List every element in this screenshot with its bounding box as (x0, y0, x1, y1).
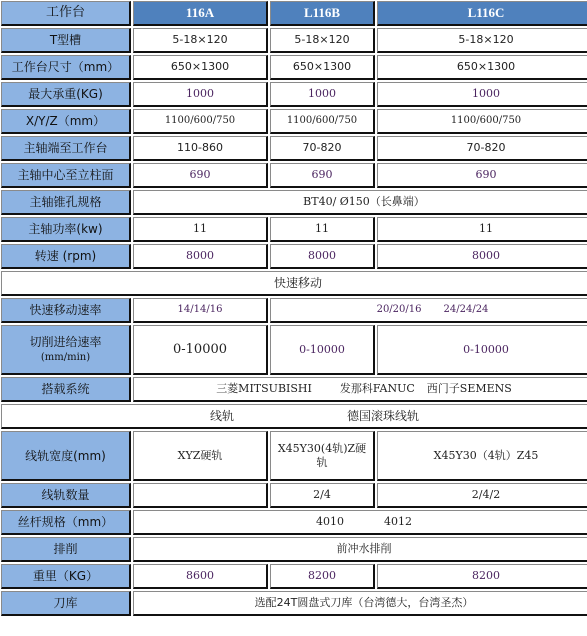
header-row: 工作台 116A L116B L116C (1, 1, 587, 26)
cell-value: 5-18×120 (133, 28, 268, 53)
table-row: 最大承重(KG) 1000 1000 1000 (1, 82, 587, 107)
cell-value-ballscrew: 40104012 (133, 510, 587, 535)
cell-value: 110-860 (133, 136, 268, 161)
row-label-ballscrew: 丝杆规格（mm） (1, 510, 131, 535)
cell-value: 前冲水排削 (133, 537, 587, 562)
section-title-rail: 线轨德国滚珠线轨 (1, 404, 587, 429)
row-label-xyz: X/Y/Z（mm） (1, 109, 131, 134)
table-row: 主轴端至工作台 110-860 70-820 70-820 (1, 136, 587, 161)
cell-value: 1100/600/750 (270, 109, 375, 134)
ballscrew-value: 4010 (316, 515, 344, 528)
row-label-max-load: 最大承重(KG) (1, 82, 131, 107)
cell-value-rapid-bc: 20/20/1624/24/24 (270, 298, 587, 323)
table-row: 切削进给速率(mm/min) 0-10000 0-10000 0-10000 (1, 325, 587, 375)
cell-value: XYZ硬轨 (133, 431, 268, 481)
cell-value: 2/4 (270, 483, 375, 508)
cell-value: 1000 (133, 82, 268, 107)
row-label-rapid-rate: 快速移动速率 (1, 298, 131, 323)
cell-value: X45Y30（4轨）Z45 (377, 431, 587, 481)
table-row: 转速 (rpm) 8000 8000 8000 (1, 244, 587, 269)
cell-value: 11 (133, 217, 268, 242)
rail-section-left: 线轨 (97, 409, 347, 423)
table-row: 主轴功率(kw) 11 11 11 (1, 217, 587, 242)
table-row: 搭载系统 三菱MITSUBISHI发那科FANUC西门子SEMENS (1, 377, 587, 402)
model-l116c: L116C (377, 1, 587, 26)
table-row: 刀库 选配24T圆盘式刀库（台湾德大，台湾圣杰） (1, 591, 587, 616)
cell-value: 650×1300 (270, 55, 375, 80)
row-label-weight: 重里（KG） (1, 564, 131, 589)
cell-value: 1000 (377, 82, 587, 107)
cell-value: 690 (133, 163, 268, 188)
table-row: X/Y/Z（mm） 1100/600/750 1100/600/750 1100… (1, 109, 587, 134)
row-label-control-system: 搭载系统 (1, 377, 131, 402)
model-l116b: L116B (270, 1, 375, 26)
row-label-chip-removal: 排削 (1, 537, 131, 562)
row-label-rail-count: 线轨数量 (1, 483, 131, 508)
cell-value: 1000 (270, 82, 375, 107)
row-label-spindle-to-column: 主轴中心至立柱面 (1, 163, 131, 188)
section-title-rapid: 快速移动 (1, 271, 587, 296)
rail-section-right: 德国滚珠线轨 (347, 409, 419, 423)
cell-value: 8200 (377, 564, 587, 589)
row-label-speed: 转速 (rpm) (1, 244, 131, 269)
row-label-table-size: 工作台尺寸（mm） (1, 55, 131, 80)
section-row-rail: 线轨德国滚珠线轨 (1, 404, 587, 429)
cell-value: 0-10000 (133, 325, 268, 375)
cell-value: 选配24T圆盘式刀库（台湾德大，台湾圣杰） (133, 591, 587, 616)
row-label-t-slot: T型槽 (1, 28, 131, 53)
cell-value: 8000 (133, 244, 268, 269)
header-label: 工作台 (1, 1, 131, 26)
spec-table: 工作台 116A L116B L116C T型槽 5-18×120 5-18×1… (0, 0, 587, 618)
cell-value: BT40/ Ø150（长鼻端） (133, 190, 587, 215)
table-row: 排削 前冲水排削 (1, 537, 587, 562)
feed-rate-label: 切削进给速率 (29, 335, 101, 349)
row-label-feed-rate: 切削进给速率(mm/min) (1, 325, 131, 375)
row-label-spindle-power: 主轴功率(kw) (1, 217, 131, 242)
control-option: 西门子SEMENS (427, 382, 512, 395)
cell-value: 650×1300 (133, 55, 268, 80)
table-row: 主轴锥孔规格 BT40/ Ø150（长鼻端） (1, 190, 587, 215)
table-row: 线轨数量 2/4 2/4/2 (1, 483, 587, 508)
table-row: 主轴中心至立柱面 690 690 690 (1, 163, 587, 188)
cell-value: 650×1300 (377, 55, 587, 80)
cell-value: 1100/600/750 (133, 109, 268, 134)
row-label-spindle-taper: 主轴锥孔规格 (1, 190, 131, 215)
cell-value: 11 (270, 217, 375, 242)
cell-value: 0-10000 (270, 325, 375, 375)
row-label-tool-magazine: 刀库 (1, 591, 131, 616)
model-116a: 116A (133, 1, 268, 26)
ballscrew-value: 4012 (384, 515, 412, 528)
table-row: 重里（KG） 8600 8200 8200 (1, 564, 587, 589)
cell-value: 0-10000 (377, 325, 587, 375)
control-option: 发那科FANUC (340, 382, 415, 395)
table-row: 工作台尺寸（mm） 650×1300 650×1300 650×1300 (1, 55, 587, 80)
cell-value: 690 (270, 163, 375, 188)
cell-value (133, 483, 268, 508)
cell-value: 70-820 (377, 136, 587, 161)
table-row: 丝杆规格（mm） 40104012 (1, 510, 587, 535)
cell-value: 2/4/2 (377, 483, 587, 508)
row-label-spindle-to-table: 主轴端至工作台 (1, 136, 131, 161)
rapid-rate-c: 24/24/24 (444, 304, 489, 315)
table-row: 线轨宽度(mm) XYZ硬轨 X45Y30(4轨)Z硬轨 X45Y30（4轨）Z… (1, 431, 587, 481)
section-row-rapid: 快速移动 (1, 271, 587, 296)
table-row: 快速移动速率 14/14/16 20/20/1624/24/24 (1, 298, 587, 323)
cell-value: 8600 (133, 564, 268, 589)
cell-value: 70-820 (270, 136, 375, 161)
cell-value: 690 (377, 163, 587, 188)
cell-value: 5-18×120 (377, 28, 587, 53)
cell-value-control-system: 三菱MITSUBISHI发那科FANUC西门子SEMENS (133, 377, 587, 402)
cell-value: 8200 (270, 564, 375, 589)
feed-rate-unit: (mm/min) (41, 352, 90, 363)
cell-value: 8000 (270, 244, 375, 269)
cell-value: X45Y30(4轨)Z硬轨 (270, 431, 375, 481)
cell-value: 8000 (377, 244, 587, 269)
row-label-rail-width: 线轨宽度(mm) (1, 431, 131, 481)
rapid-rate-b: 20/20/16 (377, 304, 422, 315)
table-row: T型槽 5-18×120 5-18×120 5-18×120 (1, 28, 587, 53)
cell-value: 1100/600/750 (377, 109, 587, 134)
control-option: 三菱MITSUBISHI (216, 382, 312, 395)
cell-value: 14/14/16 (133, 298, 268, 323)
cell-value: 11 (377, 217, 587, 242)
cell-value: 5-18×120 (270, 28, 375, 53)
